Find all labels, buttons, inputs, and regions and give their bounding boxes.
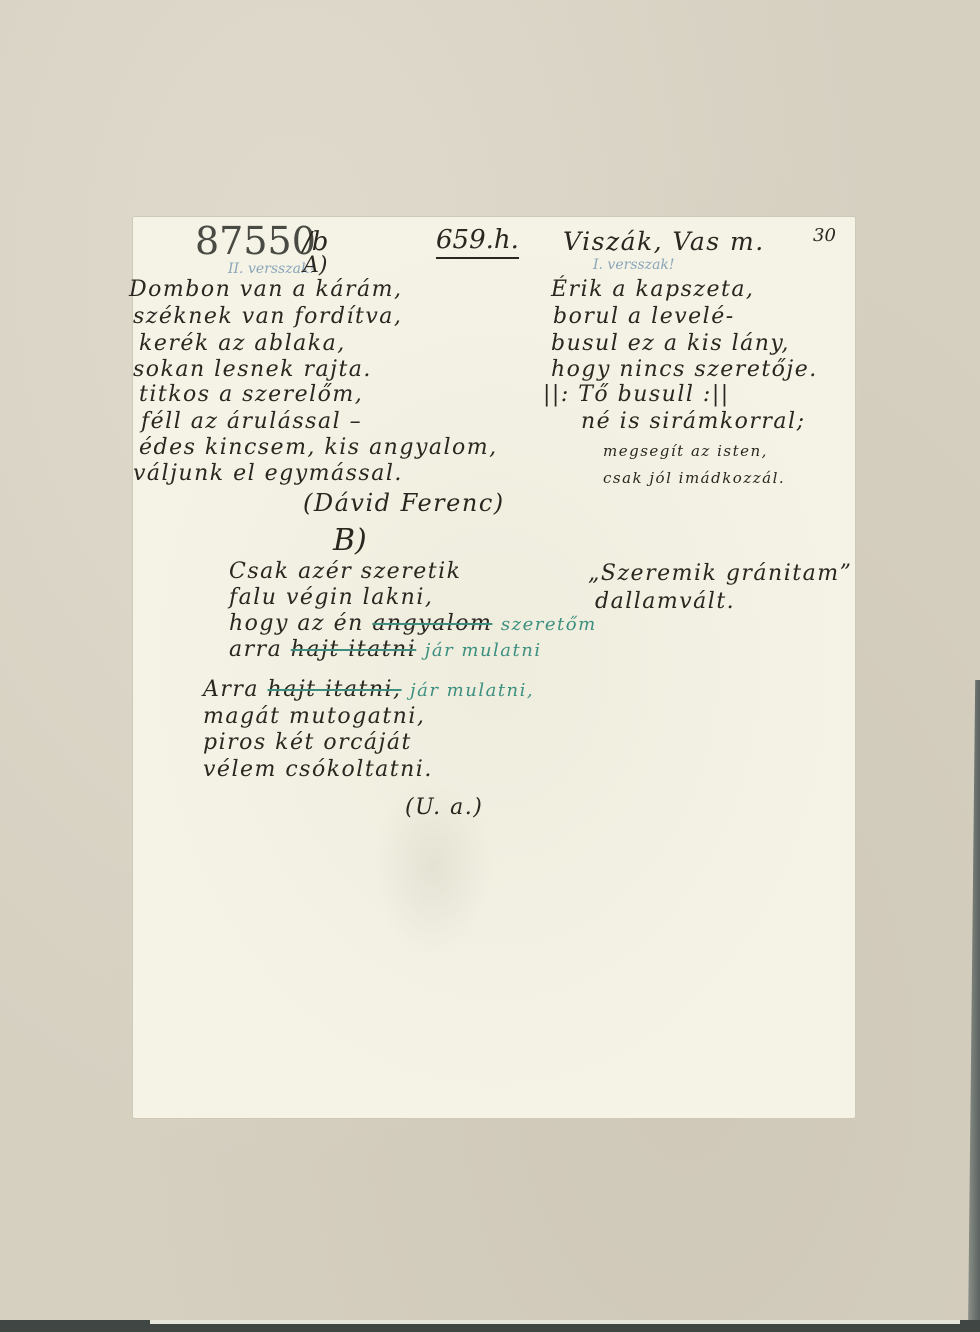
pencil-note-left: II. versszak! bbox=[228, 261, 315, 277]
verse-line: kerék az ablaka, bbox=[139, 331, 346, 356]
section-b-label: B) bbox=[333, 523, 367, 558]
verse-line: Csak azér szeretik bbox=[229, 559, 461, 584]
verse-line: magát mutogatni, bbox=[203, 704, 425, 729]
tune-note: dallamvált. bbox=[595, 589, 735, 614]
struck-word: angyalom bbox=[372, 611, 492, 636]
verse-line: megsegít az isten, bbox=[603, 442, 768, 460]
manuscript-card: 87550 /b 659.h. Viszák, Vas m. 30 II. ve… bbox=[133, 217, 855, 1118]
verse-line: váljunk el egymással. bbox=[133, 461, 403, 486]
verse-line: hogy nincs szeretője. bbox=[551, 357, 818, 382]
scan-bottom-edge bbox=[0, 1320, 980, 1332]
verse-line: sokan lesnek rajta. bbox=[133, 357, 372, 382]
verse-text: Arra bbox=[203, 677, 259, 702]
pencil-note-right: I. versszak! bbox=[593, 257, 675, 273]
verse-line: busul ez a kis lány, bbox=[551, 331, 790, 356]
verse-text: hogy az én bbox=[229, 611, 364, 636]
verse-line: Dombon van a kárám, bbox=[129, 277, 403, 302]
struck-phrase: hajt itatni, bbox=[268, 677, 402, 702]
scan-bottom-highlight bbox=[150, 1320, 960, 1324]
verse-line: titkos a szerelőm, bbox=[139, 382, 363, 407]
page-number: 30 bbox=[813, 225, 836, 246]
correction-phrase: jár mulatni, bbox=[410, 680, 534, 701]
place-name: Viszák, Vas m. bbox=[563, 227, 765, 256]
verse-line: vélem csókoltatni. bbox=[203, 757, 433, 782]
verse-line: édes kincsem, kis angyalom, bbox=[139, 435, 498, 460]
verse-line-corrected: arra hajt itatni jár mulatni bbox=[229, 637, 542, 662]
verse-line: ||: Tő busull :|| bbox=[543, 382, 730, 407]
section-b-attribution: (U. a.) bbox=[405, 795, 483, 820]
verse-line: csak jól imádkozzál. bbox=[603, 469, 785, 487]
verse-line-corrected: Arra hajt itatni, jár mulatni, bbox=[203, 677, 534, 702]
scan-edge-shadow bbox=[968, 680, 980, 1332]
verse-line-corrected: hogy az én angyalom szeretőm bbox=[229, 611, 597, 636]
section-a-attribution: (Dávid Ferenc) bbox=[303, 489, 505, 517]
verse-line: borul a levelé- bbox=[553, 304, 735, 329]
struck-phrase: hajt itatni bbox=[291, 637, 416, 662]
verse-text: arra bbox=[229, 637, 282, 662]
verse-line: piros két orcáját bbox=[203, 730, 412, 755]
correction-phrase: jár mulatni bbox=[425, 640, 542, 661]
correction-word: szeretőm bbox=[501, 614, 597, 635]
catalog-number: 659.h. bbox=[436, 225, 519, 259]
stamp-number: 87550 bbox=[195, 219, 316, 263]
verse-line: Érik a kapszeta, bbox=[551, 277, 754, 302]
verse-line: falu végin lakni, bbox=[229, 585, 433, 610]
verse-line: né is sirámkorral; bbox=[581, 409, 806, 434]
verse-line: féll az árulással – bbox=[141, 409, 362, 434]
tune-note: „Szeremik gránitam” bbox=[588, 561, 852, 586]
verse-line: széknek van fordítva, bbox=[133, 304, 402, 329]
section-a-label: A) bbox=[303, 253, 327, 278]
